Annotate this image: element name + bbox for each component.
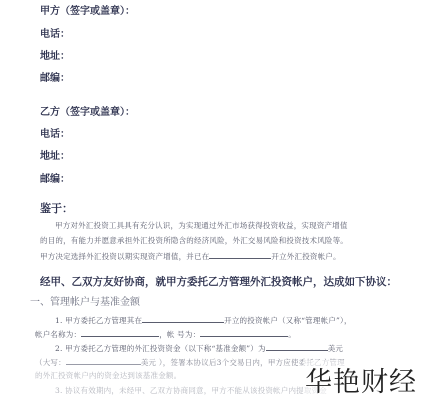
item-2-line-2-prefix: （大写： (35, 358, 66, 367)
bank-name-blank[interactable] (209, 250, 271, 259)
base-amount-blank[interactable] (266, 342, 328, 351)
section-1-item-2: 2. 甲方委托乙方管理的外汇投资资金（以下称“基准金额”）为美元 (55, 342, 343, 354)
party-b-title: 乙方（签字或盖章）： (40, 103, 135, 118)
section-1-item-2-line-2: （大写：美元 ），签署本协议后3个交易日内，甲方应使委托乙方管理 (35, 356, 345, 368)
party-b-phone-label: 电话： (40, 125, 70, 140)
section-1-item-1: 1. 甲方委托乙方管理其在开立的投资帐户（又称“管理帐户”）， (55, 314, 352, 326)
item-1-line-2-suffix: 。 (288, 330, 296, 339)
whereas-heading: 鉴于： (40, 200, 73, 216)
section-1-item-3: 3. 协议有效期内，未经甲、乙双方协商同意，甲方不能从该投资帐户内提取资金 (55, 385, 327, 396)
party-a-phone-label: 电话： (40, 25, 70, 40)
section-1-title: 一、管理帐户与基准金额 (30, 293, 140, 308)
whereas-line-3-suffix: 开立外汇投资帐户。 (271, 252, 340, 261)
amount-in-words-blank[interactable] (66, 356, 141, 365)
watermark-text: 华艳财经 (303, 360, 419, 399)
party-a-address-label: 地址： (40, 47, 70, 62)
account-number-label: ，帐 号为： (159, 330, 200, 339)
item-2-suffix: 美元 (328, 344, 343, 353)
item-1-suffix: 开立的投资帐户（又称“管理帐户”）， (224, 316, 352, 325)
party-b-postcode-label: 邮编： (40, 170, 70, 185)
whereas-line-3: 甲方决定选择外汇投资以期实现资产增值，并已在开立外汇投资帐户。 (40, 250, 341, 262)
account-number-blank[interactable] (200, 328, 288, 337)
item-1-prefix: 1. 甲方委托乙方管理其在 (55, 316, 142, 325)
whereas-line-1: 甲方对外汇投资工具具有充分认识，为实现通过外汇市场获得投资收益，实现资产增值 (55, 220, 348, 231)
agreement-intro: 经甲、乙双方友好协商，就甲方委托乙方管理外汇投资帐户，达成如下协议： (40, 274, 397, 289)
institution-blank[interactable] (142, 314, 224, 323)
account-name-blank[interactable] (81, 328, 159, 337)
item-2-prefix: 2. 甲方委托乙方管理的外汇投资资金（以下称“基准金额”）为 (55, 344, 266, 353)
whereas-line-2: 的目的，有能力并愿意承担外汇投资所隐含的经济风险，外汇交易风险和投资技术风险等。 (40, 235, 348, 246)
document-page: 甲方（签字或盖章）： 电话： 地址： 邮编： 乙方（签字或盖章）： 电话： 地址… (0, 0, 423, 400)
party-a-postcode-label: 邮编： (40, 69, 70, 84)
whereas-line-3-text: 甲方决定选择外汇投资以期实现资产增值，并已在 (40, 252, 209, 261)
section-1-item-2-line-3: 的外汇投资帐户内的资金达到该基准金额。 (35, 370, 181, 381)
party-b-address-label: 地址： (40, 147, 70, 162)
section-1-item-1-line-2: 帐户名称为：，帐 号为：。 (35, 328, 296, 340)
account-name-label: 帐户名称为： (35, 330, 81, 339)
party-a-title: 甲方（签字或盖章）： (40, 2, 135, 17)
